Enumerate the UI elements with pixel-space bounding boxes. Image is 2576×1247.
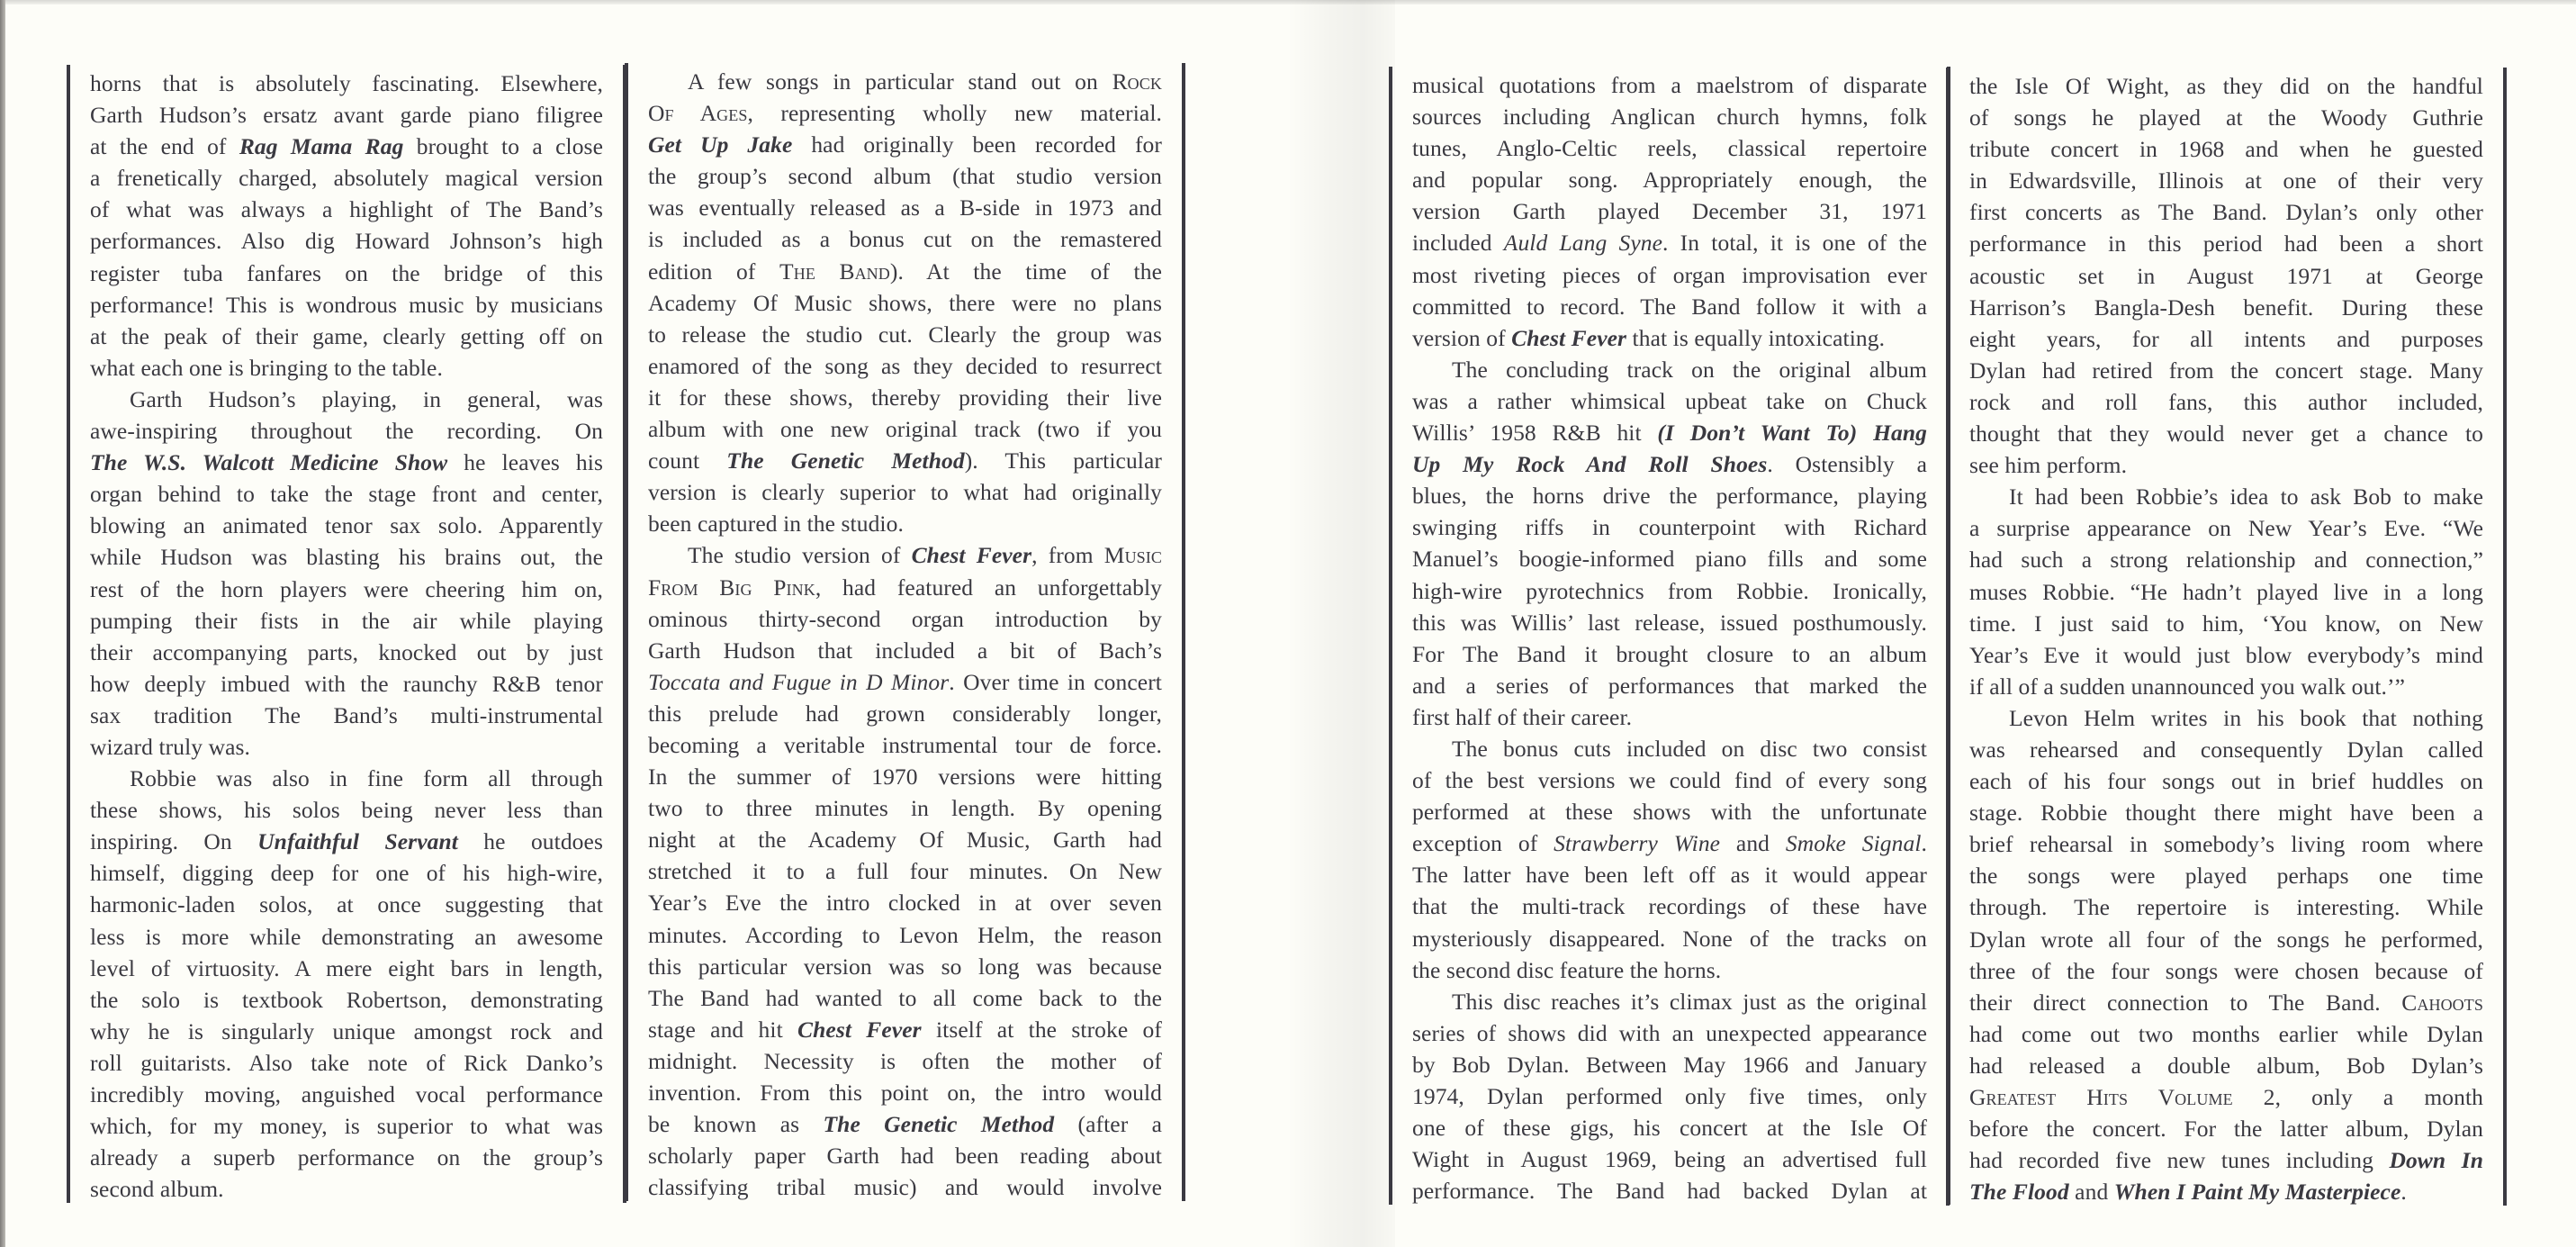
text-run: thought that they would never get a chan…: [1969, 420, 2483, 447]
text-line: Manuel’s boogie-informed piano fills and…: [1412, 543, 1927, 574]
text-run: a surprise appearance on New Year’s Eve.…: [1969, 515, 2483, 541]
text-run: muses Robbie. “He hadn’t played live in …: [1969, 579, 2483, 605]
text-run: In the summer of 1970 versions were hitt…: [648, 764, 1162, 790]
text-run: the group’s second album (that studio ve…: [648, 163, 1162, 189]
text-run: a frenetically charged, absolutely magic…: [90, 165, 603, 191]
text-run: was a rather whimsical upbeat take on Ch…: [1412, 388, 1927, 414]
text-line: this prelude had grown considerably long…: [648, 698, 1162, 729]
text-column-1: horns that is absolutely fascinating. El…: [67, 65, 626, 1203]
text-run: first concerts as The Band. Dylan’s only…: [1969, 199, 2483, 225]
text-line: mysteriously disappeared. None of the tr…: [1412, 923, 1927, 954]
text-line: of what was always a highlight of The Ba…: [90, 194, 603, 225]
text-line: wizard truly was.: [90, 731, 603, 763]
text-line: scholarly paper Garth had been reading a…: [648, 1140, 1162, 1171]
text-run: he outdoes: [458, 828, 603, 854]
song-title: When I Paint My Masterpiece: [2114, 1179, 2401, 1205]
text-run: the second disc feature the horns.: [1412, 957, 1721, 983]
text-run: ). This particular: [965, 447, 1162, 474]
paragraph: musical quotations from a maelstrom of d…: [1412, 69, 1927, 354]
text-line: Year’s Eve the intro clocked in at over …: [648, 887, 1162, 918]
paragraph: The bonus cuts included on disc two cons…: [1412, 733, 1927, 986]
text-line: Harrison’s Bangla-Desh benefit. During t…: [1969, 292, 2483, 323]
text-run: Willis’ 1958 R&B hit: [1412, 420, 1657, 446]
text-line: awe-inspiring throughout the recording. …: [90, 415, 603, 447]
text-line: harmonic-laden solos, at once suggesting…: [90, 889, 603, 920]
text-line: a surprise appearance on New Year’s Eve.…: [1969, 512, 2483, 544]
text-line: Garth Hudson that included a bit of Bach…: [648, 635, 1162, 666]
text-line: each of his four songs out in brief hudd…: [1969, 765, 2483, 797]
album-title: The Band: [779, 258, 890, 285]
song-title: The Genetic Method: [726, 447, 964, 474]
text-line: in Edwardsville, Illinois at one of thei…: [1969, 165, 2483, 196]
text-line: had recorded five new tunes including Do…: [1969, 1144, 2483, 1176]
text-line: first half of their career.: [1412, 701, 1927, 733]
text-line: and popular song. Appropriately enough, …: [1412, 164, 1927, 195]
text-run: minutes. According to Levon Helm, the re…: [648, 922, 1162, 948]
text-run: and popular song. Appropriately enough, …: [1412, 167, 1927, 193]
text-line: A few songs in particular stand out on R…: [648, 66, 1162, 97]
text-line: stage. Robbie thought there might have b…: [1969, 797, 2483, 828]
text-run: stretched it to a full four minutes. On …: [648, 858, 1162, 884]
text-run: high-wire pyrotechnics from Robbie. Iron…: [1412, 578, 1927, 604]
text-line: and a series of performances that marked…: [1412, 670, 1927, 701]
text-run: For The Band it brought closure to an al…: [1412, 641, 1927, 667]
text-run: rest of the horn players were cheering h…: [90, 576, 603, 602]
text-run: if all of a sudden unannounced you walk …: [1969, 673, 2405, 700]
text-line: one of these gigs, his concert at the Is…: [1412, 1112, 1927, 1143]
text-line: pumping their fists in the air while pla…: [90, 605, 603, 637]
text-line: rock and roll fans, this author included…: [1969, 386, 2483, 418]
paragraph: A few songs in particular stand out on R…: [648, 66, 1162, 539]
text-line: this particular version was so long was …: [648, 951, 1162, 982]
text-line: musical quotations from a maelstrom of d…: [1412, 69, 1927, 101]
text-run: blowing an animated tenor sax solo. Appa…: [90, 512, 603, 538]
text-run: organ behind to take the stage front and…: [90, 481, 603, 507]
text-line: was a rather whimsical upbeat take on Ch…: [1412, 385, 1927, 417]
text-line: sources including Anglican church hymns,…: [1412, 101, 1927, 132]
text-line: The studio version of Chest Fever, from …: [648, 539, 1162, 571]
text-line: The W.S. Walcott Medicine Show he leaves…: [90, 447, 603, 478]
text-line: the second disc feature the horns.: [1412, 954, 1927, 986]
text-line: the Isle Of Wight, as they did on the ha…: [1969, 70, 2483, 102]
text-line: less is more while demonstrating an awes…: [90, 921, 603, 953]
text-column-3: musical quotations from a maelstrom of d…: [1389, 67, 1950, 1205]
text-run: and: [1720, 830, 1786, 856]
text-run: had come out two months earlier while Dy…: [1969, 1021, 2483, 1047]
text-run: performances. Also dig Howard Johnson’s …: [90, 228, 603, 254]
text-run: their accompanying parts, knocked out by…: [90, 639, 603, 665]
text-run: 2, only a month: [2233, 1084, 2483, 1110]
text-run: becoming a veritable instrumental tour d…: [648, 732, 1162, 758]
paragraph: Garth Hudson’s playing, in general, wasa…: [90, 384, 603, 763]
text-line: was rehearsed and consequently Dylan cal…: [1969, 734, 2483, 765]
text-line: becoming a veritable instrumental tour d…: [648, 729, 1162, 761]
text-run: of what was always a highlight of The Ba…: [90, 196, 603, 222]
text-line: committed to record. The Band follow it …: [1412, 291, 1927, 322]
text-line: himself, digging deep for one of his hig…: [90, 857, 603, 889]
text-line: performances. Also dig Howard Johnson’s …: [90, 225, 603, 257]
text-run: performance in this period had been a sh…: [1969, 230, 2483, 257]
text-run: .: [1922, 830, 1927, 856]
text-run: register tuba fanfares on the bridge of …: [90, 260, 603, 286]
text-run: harmonic-laden solos, at once suggesting…: [90, 891, 603, 917]
text-run: the solo is textbook Robertson, demonstr…: [90, 987, 603, 1013]
text-run: this prelude had grown considerably long…: [648, 700, 1162, 727]
text-run: Year’s Eve it would just blow everybody’…: [1969, 642, 2483, 668]
text-line: if all of a sudden unannounced you walk …: [1969, 671, 2483, 702]
text-run: itself at the stroke of: [922, 1017, 1162, 1043]
text-line: Get Up Jake had originally been recorded…: [648, 129, 1162, 160]
text-run: see him perform.: [1969, 452, 2127, 478]
song-title: (I Don’t Want To) Hang: [1657, 420, 1927, 446]
text-run: performed at these shows with the unfort…: [1412, 799, 1927, 825]
text-line: Garth Hudson’s ersatz avant garde piano …: [90, 99, 603, 131]
text-run: The Band had wanted to all come back to …: [648, 985, 1162, 1011]
text-line: Levon Helm writes in his book that nothi…: [1969, 702, 2483, 734]
text-line: For The Band it brought closure to an al…: [1412, 638, 1927, 670]
text-line: been captured in the studio.: [648, 508, 1162, 539]
text-line: three of the four songs were chosen beca…: [1969, 955, 2483, 987]
text-run: scholarly paper Garth had been reading a…: [648, 1143, 1162, 1169]
text-run: Garth Hudson’s ersatz avant garde piano …: [90, 102, 603, 128]
paragraph: It had been Robbie’s idea to ask Bob to …: [1969, 481, 2483, 702]
text-line: version of Chest Fever that is equally i…: [1412, 322, 1927, 354]
text-line: invention. From this point on, the intro…: [648, 1077, 1162, 1108]
text-line: included Auld Lang Syne. In total, it is…: [1412, 227, 1927, 258]
text-run: , from: [1031, 542, 1104, 568]
text-line: album with one new original track (two i…: [648, 413, 1162, 445]
text-line: ominous thirty-second organ introduction…: [648, 603, 1162, 635]
paragraph: horns that is absolutely fascinating. El…: [90, 68, 603, 384]
text-line: of the best versions we could find of ev…: [1412, 764, 1927, 796]
text-line: swinging riffs in counterpoint with Rich…: [1412, 511, 1927, 543]
text-run: performance. The Band had backed Dylan a…: [1412, 1178, 1927, 1204]
text-line: Up My Rock And Roll Shoes. Ostensibly a: [1412, 448, 1927, 480]
text-run: first half of their career.: [1412, 704, 1632, 730]
text-line: From Big Pink, had featured an unforgett…: [648, 572, 1162, 603]
text-run: swinging riffs in counterpoint with Rich…: [1412, 514, 1927, 540]
text-run: mysteriously disappeared. None of the tr…: [1412, 926, 1927, 952]
text-line: register tuba fanfares on the bridge of …: [90, 258, 603, 289]
text-run: one of these gigs, his concert at the Is…: [1412, 1115, 1927, 1141]
song-title: Unfaithful Servant: [257, 828, 458, 854]
text-run: eight years, for all intents and purpose…: [1969, 326, 2483, 352]
song-title: Smoke Signal: [1786, 830, 1922, 856]
text-line: of songs he played at the Woody Guthrie: [1969, 102, 2483, 133]
text-line: sax tradition The Band’s multi-instrumen…: [90, 700, 603, 731]
text-run: himself, digging deep for one of his hig…: [90, 860, 603, 886]
text-run: This disc reaches it’s climax just as th…: [1452, 989, 1927, 1015]
text-line: The concluding track on the original alb…: [1412, 354, 1927, 385]
text-line: how deeply imbued with the raunchy R&B t…: [90, 668, 603, 700]
text-run: exception of: [1412, 830, 1554, 856]
text-run: their direct connection to The Band.: [1969, 989, 2401, 1016]
text-line: had come out two months earlier while Dy…: [1969, 1018, 2483, 1050]
text-line: 1974, Dylan performed only five times, o…: [1412, 1080, 1927, 1112]
text-line: the solo is textbook Robertson, demonstr…: [90, 984, 603, 1016]
text-run: roll guitarists. Also take note of Rick …: [90, 1050, 603, 1076]
text-line: this was Willis’ last release, issued po…: [1412, 607, 1927, 638]
text-run: sax tradition The Band’s multi-instrumen…: [90, 702, 603, 728]
text-run: had released a double album, Bob Dylan’s: [1969, 1053, 2483, 1079]
text-run: count: [648, 447, 726, 474]
text-run: time. I just said to him, ‘You know, on …: [1969, 610, 2483, 637]
text-line: high-wire pyrotechnics from Robbie. Iron…: [1412, 575, 1927, 607]
text-run: Dylan had retired from the concert stage…: [1969, 357, 2483, 384]
text-line: most riveting pieces of organ improvisat…: [1412, 259, 1927, 291]
text-line: that the multi-track recordings of these…: [1412, 890, 1927, 922]
text-line: performance! This is wondrous music by m…: [90, 289, 603, 321]
text-run: version of: [1412, 325, 1511, 351]
text-line: the group’s second album (that studio ve…: [648, 160, 1162, 192]
text-run: had recorded five new tunes including: [1969, 1147, 2389, 1173]
song-title: Rag Mama Rag: [239, 133, 404, 159]
text-run: in Edwardsville, Illinois at one of thei…: [1969, 167, 2483, 194]
text-line: inspiring. On Unfaithful Servant he outd…: [90, 826, 603, 857]
text-run: of the best versions we could find of ev…: [1412, 767, 1927, 793]
text-line: first concerts as The Band. Dylan’s only…: [1969, 196, 2483, 228]
song-title: The Genetic Method: [823, 1111, 1054, 1137]
text-line: these shows, his solos being never less …: [90, 794, 603, 826]
text-run: Garth Hudson that included a bit of Bach…: [648, 637, 1162, 664]
text-run: been captured in the studio.: [648, 511, 904, 537]
text-run: Levon Helm writes in his book that nothi…: [2009, 705, 2483, 731]
text-run: Academy Of Music shows, there were no pl…: [648, 290, 1162, 316]
paragraph: the Isle Of Wight, as they did on the ha…: [1969, 70, 2483, 481]
text-run: It had been Robbie’s idea to ask Bob to …: [2009, 483, 2483, 510]
text-run: ). At the time of the: [890, 258, 1162, 285]
song-title: Toccata and Fugue in D Minor: [648, 669, 949, 695]
text-line: Of Ages, representing wholly new materia…: [648, 97, 1162, 129]
text-line: see him perform.: [1969, 449, 2483, 481]
text-line: had such a strong relationship and conne…: [1969, 544, 2483, 575]
album-title: Music: [1104, 542, 1162, 568]
text-line: why he is singularly unique amongst rock…: [90, 1016, 603, 1047]
text-line: Toccata and Fugue in D Minor. Over time …: [648, 666, 1162, 698]
text-line: a frenetically charged, absolutely magic…: [90, 162, 603, 194]
text-run: horns that is absolutely fascinating. El…: [90, 70, 603, 96]
text-run: A few songs in particular stand out on: [688, 68, 1112, 95]
text-run: Year’s Eve the intro clocked in at over …: [648, 890, 1162, 916]
text-run: most riveting pieces of organ improvisat…: [1412, 262, 1927, 288]
text-run: and: [2069, 1179, 2114, 1205]
text-run: musical quotations from a maelstrom of d…: [1412, 72, 1927, 98]
text-run: it for these shows, thereby providing th…: [648, 384, 1162, 411]
text-run: had originally been recorded for: [792, 131, 1162, 158]
text-run: and a series of performances that marked…: [1412, 673, 1927, 699]
text-run: , had featured an unforgettably: [815, 574, 1162, 601]
text-run: series of shows did with an unexpected a…: [1412, 1020, 1927, 1046]
text-run: performance! This is wondrous music by m…: [90, 292, 603, 318]
text-run: night at the Academy Of Music, Garth had: [648, 827, 1162, 853]
text-line: roll guitarists. Also take note of Rick …: [90, 1047, 603, 1079]
text-line: performance. The Band had backed Dylan a…: [1412, 1175, 1927, 1206]
text-line: brief rehearsal in somebody’s living roo…: [1969, 828, 2483, 860]
text-line: at the end of Rag Mama Rag brought to a …: [90, 131, 603, 162]
text-run: awe-inspiring throughout the recording. …: [90, 418, 603, 444]
song-title: Get Up Jake: [648, 131, 792, 158]
text-line: performance in this period had been a sh…: [1969, 228, 2483, 259]
text-run: stage and hit: [648, 1017, 797, 1043]
text-run: brought to a close: [403, 133, 603, 159]
album-title: From Big Pink: [648, 574, 815, 601]
text-run: . Ostensibly a: [1767, 451, 1927, 477]
text-run: Manuel’s boogie-informed piano fills and…: [1412, 546, 1927, 572]
text-run: each of his four songs out in brief hudd…: [1969, 768, 2483, 794]
text-line: Academy Of Music shows, there were no pl…: [648, 287, 1162, 319]
text-run: acoustic set in August 1971 at George: [1969, 263, 2483, 289]
text-line: is included as a bonus cut on the remast…: [648, 223, 1162, 255]
text-line: edition of The Band). At the time of the: [648, 256, 1162, 287]
text-line: performed at these shows with the unfort…: [1412, 796, 1927, 827]
text-line: while Hudson was blasting his brains out…: [90, 541, 603, 573]
album-title: Cahoots: [2401, 989, 2483, 1016]
text-line: Greatest Hits Volume 2, only a month: [1969, 1081, 2483, 1113]
text-line: rest of the horn players were cheering h…: [90, 574, 603, 605]
text-line: tunes, Anglo-Celtic reels, classical rep…: [1412, 132, 1927, 164]
text-run: which, for my money, is superior to what…: [90, 1113, 603, 1139]
text-run: to release the studio cut. Clearly the g…: [648, 321, 1162, 348]
text-run: pumping their fists in the air while pla…: [90, 608, 603, 634]
text-run: version is clearly superior to what had …: [648, 479, 1162, 505]
text-line: muses Robbie. “He hadn’t played live in …: [1969, 576, 2483, 608]
text-run: midnight. Necessity is often the mother …: [648, 1048, 1162, 1074]
text-run: The concluding track on the original alb…: [1452, 357, 1927, 383]
text-run: second album.: [90, 1176, 224, 1202]
text-line: through. The repertoire is interesting. …: [1969, 891, 2483, 923]
paragraph: The concluding track on the original alb…: [1412, 354, 1927, 733]
text-line: version is clearly superior to what had …: [648, 476, 1162, 508]
text-line: midnight. Necessity is often the mother …: [648, 1045, 1162, 1077]
text-line: Wight in August 1969, being an advertise…: [1412, 1143, 1927, 1175]
text-line: Garth Hudson’s playing, in general, was: [90, 384, 603, 415]
text-run: the songs were played perhaps one time: [1969, 863, 2483, 889]
text-line: their direct connection to The Band. Cah…: [1969, 987, 2483, 1018]
text-run: wizard truly was.: [90, 734, 250, 760]
song-title: Auld Lang Syne: [1504, 230, 1662, 256]
text-run: rock and roll fans, this author included…: [1969, 389, 2483, 415]
text-run: that the multi-track recordings of these…: [1412, 893, 1927, 919]
text-run: sources including Anglican church hymns,…: [1412, 104, 1927, 130]
text-line: horns that is absolutely fascinating. El…: [90, 68, 603, 99]
text-run: classifying tribal music) and would invo…: [648, 1174, 1162, 1200]
text-line: enamored of the song as they decided to …: [648, 350, 1162, 382]
text-run: inspiring. On: [90, 828, 257, 854]
text-run: what each one is bringing to the table.: [90, 355, 443, 381]
text-run: enamored of the song as they decided to …: [648, 353, 1162, 379]
text-run: was rehearsed and consequently Dylan cal…: [1969, 736, 2483, 763]
text-line: organ behind to take the stage front and…: [90, 478, 603, 510]
text-line: thought that they would never get a chan…: [1969, 418, 2483, 449]
text-line: two to three minutes in length. By openi…: [648, 792, 1162, 824]
text-run: two to three minutes in length. By openi…: [648, 795, 1162, 821]
paragraph: This disc reaches it’s climax just as th…: [1412, 986, 1927, 1207]
text-run: level of virtuosity. A mere eight bars i…: [90, 955, 603, 981]
text-line: had released a double album, Bob Dylan’s: [1969, 1050, 2483, 1081]
text-run: committed to record. The Band follow it …: [1412, 294, 1927, 320]
text-run: through. The repertoire is interesting. …: [1969, 894, 2483, 920]
text-line: version Garth played December 31, 1971: [1412, 195, 1927, 227]
text-line: minutes. According to Levon Helm, the re…: [648, 919, 1162, 951]
text-line: night at the Academy Of Music, Garth had: [648, 824, 1162, 855]
text-run: (after a: [1054, 1111, 1162, 1137]
text-run: brief rehearsal in somebody’s living roo…: [1969, 831, 2483, 857]
text-run: by Bob Dylan. Between May 1966 and Janua…: [1412, 1052, 1927, 1078]
text-run: ominous thirty-second organ introduction…: [648, 606, 1162, 632]
text-line: was eventually released as a B-side in 1…: [648, 192, 1162, 223]
text-line: stage and hit Chest Fever itself at the …: [648, 1014, 1162, 1045]
text-line: tribute concert in 1968 and when he gues…: [1969, 133, 2483, 165]
text-run: version Garth played December 31, 1971: [1412, 198, 1927, 224]
text-line: exception of Strawberry Wine and Smoke S…: [1412, 827, 1927, 859]
text-run: . In total, it is one of the: [1662, 230, 1927, 256]
text-run: .: [2400, 1179, 2406, 1205]
paragraph: Robbie was also in fine form all through…: [90, 763, 603, 1205]
text-line: to release the studio cut. Clearly the g…: [648, 319, 1162, 350]
text-line: which, for my money, is superior to what…: [90, 1110, 603, 1142]
text-run: these shows, his solos being never less …: [90, 797, 603, 823]
text-line: Dylan had retired from the concert stage…: [1969, 355, 2483, 386]
text-run: three of the four songs were chosen beca…: [1969, 958, 2483, 984]
text-line: Dylan wrote all four of the songs he per…: [1969, 924, 2483, 955]
text-run: album with one new original track (two i…: [648, 416, 1162, 442]
text-line: before the concert. For the latter album…: [1969, 1113, 2483, 1144]
text-line: be known as The Genetic Method (after a: [648, 1108, 1162, 1140]
text-line: what each one is bringing to the table.: [90, 352, 603, 384]
album-title: Of Ages: [648, 100, 747, 126]
song-title: Chest Fever: [912, 542, 1032, 568]
text-run: at the end of: [90, 133, 239, 159]
text-run: stage. Robbie thought there might have b…: [1969, 800, 2483, 826]
text-line: blues, the horns drive the performance, …: [1412, 480, 1927, 511]
text-run: incredibly moving, anguished vocal perfo…: [90, 1081, 603, 1107]
text-line: series of shows did with an unexpected a…: [1412, 1017, 1927, 1049]
text-line: It had been Robbie’s idea to ask Bob to …: [1969, 481, 2483, 512]
text-line: the songs were played perhaps one time: [1969, 860, 2483, 891]
column-text: the Isle Of Wight, as they did on the ha…: [1969, 70, 2483, 1207]
text-line: count The Genetic Method). This particul…: [648, 445, 1162, 476]
text-run: Dylan wrote all four of the songs he per…: [1969, 926, 2483, 953]
text-line: time. I just said to him, ‘You know, on …: [1969, 608, 2483, 639]
text-run: . Over time in concert: [949, 669, 1162, 695]
text-line: second album.: [90, 1173, 603, 1205]
text-line: In the summer of 1970 versions were hitt…: [648, 761, 1162, 792]
text-line: their accompanying parts, knocked out by…: [90, 637, 603, 668]
text-line: by Bob Dylan. Between May 1966 and Janua…: [1412, 1049, 1927, 1080]
text-run: the Isle Of Wight, as they did on the ha…: [1969, 73, 2483, 99]
text-run: Robbie was also in fine form all through: [130, 765, 603, 791]
text-line: The latter have been left off as it woul…: [1412, 859, 1927, 890]
text-line: already a superb performance on the grou…: [90, 1142, 603, 1173]
text-run: less is more while demonstrating an awes…: [90, 924, 603, 950]
text-line: at the peak of their game, clearly getti…: [90, 321, 603, 352]
text-run: was eventually released as a B-side in 1…: [648, 194, 1162, 221]
song-title: The W.S. Walcott Medicine Show: [90, 449, 447, 475]
booklet-gutter: [1287, 0, 1395, 1247]
text-line: The Band had wanted to all come back to …: [648, 982, 1162, 1014]
song-title: Chest Fever: [797, 1017, 922, 1043]
text-line: blowing an animated tenor sax solo. Appa…: [90, 510, 603, 541]
column-text: horns that is absolutely fascinating. El…: [90, 68, 603, 1205]
text-line: The Flood and When I Paint My Masterpiec…: [1969, 1176, 2483, 1207]
text-line: incredibly moving, anguished vocal perfo…: [90, 1079, 603, 1110]
text-run: 1974, Dylan performed only five times, o…: [1412, 1083, 1927, 1109]
text-run: Harrison’s Bangla-Desh benefit. During t…: [1969, 294, 2483, 321]
text-column-2: A few songs in particular stand out on R…: [625, 63, 1185, 1201]
text-run: invention. From this point on, the intro…: [648, 1080, 1162, 1106]
text-run: this particular version was so long was …: [648, 953, 1162, 980]
text-run: blues, the horns drive the performance, …: [1412, 483, 1927, 509]
